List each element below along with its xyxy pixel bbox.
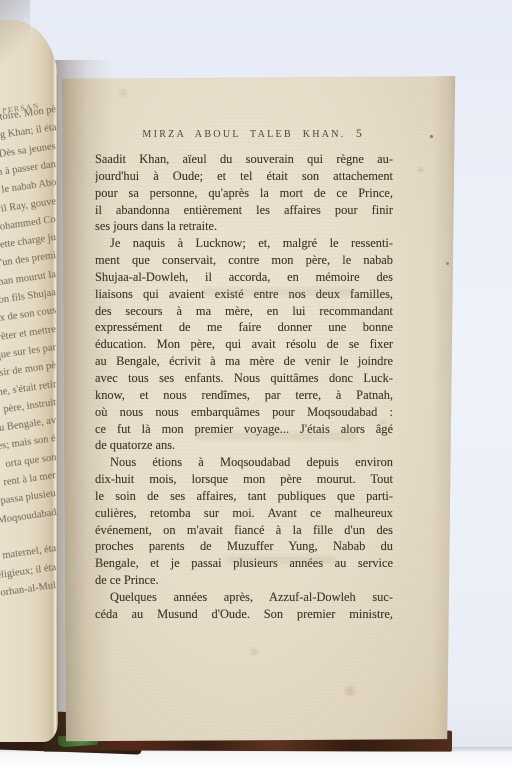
text-line: le soin de ses affaires, tant publiques … xyxy=(95,488,393,505)
text-line: Quelques années après, Azzuf-al-Dowleh s… xyxy=(95,589,393,606)
left-page-text-fragment: rent à la mer xyxy=(3,470,57,488)
left-page-text-fragment: père, instruit xyxy=(3,397,57,415)
text-line: Nous étions à Moqsoudabad depuis environ xyxy=(95,454,393,471)
spine-shadow xyxy=(0,0,30,70)
text-line: pour sa personne, qu'après la mort de ce… xyxy=(95,185,393,202)
text-line: il abandonna entièrement les affaires po… xyxy=(95,202,393,219)
left-page-text-fragment: Khan mourut la xyxy=(0,269,57,289)
left-page-text-fragment: Nowil Ray, gouve xyxy=(0,196,57,217)
text-line: Shujaa-al-Dowleh, il accorda, en mémoire… xyxy=(95,269,393,286)
left-page-text-fragment: isir de mon pè xyxy=(0,360,57,379)
left-page-text-fragment: he, s'était retir xyxy=(0,379,57,398)
text-line: céda au Musund d'Oude. Son premier minis… xyxy=(95,606,393,623)
left-page-text-fragment: par le nabab Abo xyxy=(0,177,57,198)
left-page-text-fragment: es; mais son é xyxy=(0,433,57,452)
text-line: ses jours dans la retraite. xyxy=(95,218,393,235)
text-line: au Bengale, écrivit à ma mère de venir l… xyxy=(95,353,393,370)
left-page-text-fragment: Mohammed Co xyxy=(0,214,57,234)
left-page-text-fragment: maternel, éta xyxy=(2,543,57,561)
left-page-text-fragment: eligieux; il éta xyxy=(0,562,57,581)
text-line: où nous nous embarquâmes pour Moqsoudaba… xyxy=(95,404,393,421)
text-line: culières, retomba sur moi. Avant ce malh… xyxy=(95,505,393,522)
left-book-page: PERSANn histoire. Mon pèd Beg Khan; il é… xyxy=(0,20,58,742)
text-line: ment que conservait, contre mon père, le… xyxy=(95,252,393,269)
text-line: Saadit Khan, aïeul du souverain qui règn… xyxy=(95,151,393,168)
text-line: know, et nous rendîmes, par terre, à Pat… xyxy=(95,387,393,404)
left-page-text-fragment: d Beg Khan; il éta xyxy=(0,122,57,144)
left-page-text-fragment: rêter et mettre xyxy=(0,324,57,343)
page-text-block: Saadit Khan, aïeul du souverain qui règn… xyxy=(95,151,393,623)
text-line: des secours à ma mère, en lui recommanda… xyxy=(95,303,393,320)
left-page-text-fragment: nt cette charge ju xyxy=(0,232,57,253)
text-line: événement, on m'avait fiancé à la fille … xyxy=(95,522,393,539)
text-line: Bengale, et je passai plusieurs années a… xyxy=(95,555,393,572)
text-line: dix-huit mois, lorsque mon père mourut. … xyxy=(95,471,393,488)
text-line: ce fut là mon premier voyage... J'étais … xyxy=(95,421,393,438)
left-page-text-fragment: ux de son cous xyxy=(0,305,57,325)
text-line: de quatorze ans. xyxy=(95,437,393,454)
left-page-text-fragment: au Bengale, av xyxy=(0,415,57,435)
running-header-title: MIRZA ABOUL TALEB KHAN. xyxy=(95,129,393,140)
text-line: expressément de me faire donner une bonn… xyxy=(95,319,393,336)
left-page-text-fragment: passa plusieu xyxy=(0,488,57,507)
page-number: 5 xyxy=(356,128,362,140)
text-line: avec tous ses enfants. Nous quittâmes do… xyxy=(95,370,393,387)
left-page-text-fragment: que sur les par xyxy=(0,342,57,361)
text-line: jourd'hui à Oude; et tel était son attac… xyxy=(95,168,393,185)
right-book-page: MIRZA ABOUL TALEB KHAN. 5 Saadit Khan, a… xyxy=(56,74,456,750)
text-line: de ce Prince. xyxy=(95,572,393,589)
text-line: liaisons qui avaient existé entre nos de… xyxy=(95,286,393,303)
left-page-text-fragment: orta que son xyxy=(4,452,56,470)
text-line: Je naquis à Lucknow; et, malgré le resse… xyxy=(95,235,393,252)
left-page-text-fragment: son fils Shujaa xyxy=(0,287,57,306)
text-line: éducation. Mon père, qui avait résolu de… xyxy=(95,336,393,353)
text-line: proches parents de Muzuffer Yung, Nabab … xyxy=(95,538,393,555)
left-page-text-fragment: Moqsoudabad xyxy=(0,507,57,526)
left-page-text-fragment: l'un des premi xyxy=(0,250,57,269)
left-page-text-fragment: Borhan-al-Mul xyxy=(0,580,57,600)
photo-of-open-book: MIRZA ABOUL TALEB KHAN. 5 Saadit Khan, a… xyxy=(0,0,512,768)
